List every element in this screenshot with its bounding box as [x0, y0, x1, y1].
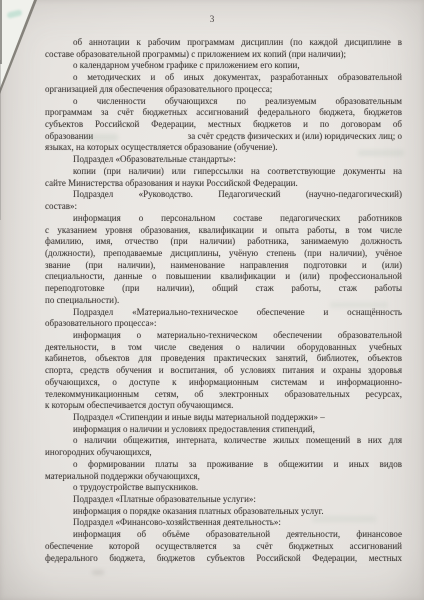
text-line: звание (при наличии), наименование напра…: [45, 260, 402, 272]
text-line: о методических и об иных документах, раз…: [45, 72, 402, 84]
text-line: информация о персональном составе педаго…: [45, 213, 402, 225]
text-line: об аннотации к рабочим программам дисцип…: [45, 37, 402, 49]
text-line: материальной поддержки обучающихся,: [45, 471, 402, 483]
text-line: образованииза счёт средств физических и …: [45, 131, 402, 143]
text-line: переподготовке (при наличии), общий стаж…: [45, 283, 402, 295]
scan-left-edge-fade: [0, 60, 1, 220]
text-line: программам за счёт бюджетных ассигновани…: [45, 107, 402, 119]
text-line: Подраздел «Финансово-хозяйственная деяте…: [45, 517, 402, 529]
text-line: по специальности).: [45, 295, 402, 307]
text-line: субъектов Российской Федерации, местных …: [45, 119, 402, 131]
text-line: копии (при наличии) или гиперссылки на с…: [45, 166, 402, 178]
pencil-smudge: [92, 570, 104, 575]
text-line: Подраздел «Платные образовательные услуг…: [45, 494, 402, 506]
text-line: о численности обучающихся по реализуемым…: [45, 96, 402, 108]
blank-gap: [93, 131, 188, 143]
text-line: к которым обеспечивается доступ обучающи…: [45, 400, 402, 412]
text-line: фамилию, имя, отчество (при наличии) раб…: [45, 236, 402, 248]
text-line: Подраздел «Образовательные стандарты»:: [45, 154, 402, 166]
text-line: с указанием уровня образования, квалифик…: [45, 225, 402, 237]
text-line: о трудоустройстве выпускников.: [45, 482, 402, 494]
text-line: составе образовательной программы) с при…: [45, 49, 402, 61]
text-line: деятельности, в том числе сведения о нал…: [45, 342, 402, 354]
text-line: телекоммуникационным сетям, об электронн…: [45, 389, 402, 401]
text-line: специальности, данные о повышении квалиф…: [45, 271, 402, 283]
text-line: иногородних обучающихся,: [45, 447, 402, 459]
text-line: Подраздел «Руководство. Педагогический (…: [45, 189, 402, 201]
text-line: информация о порядке оказания платных об…: [45, 506, 402, 518]
scan-left-edge: [0, 0, 2, 64]
text-line: информация о материально-техническом обе…: [45, 330, 402, 342]
text-line: обучающихся, о доступе к информационным …: [45, 377, 402, 389]
text-line: федерального бюджета, бюджетов субъектов…: [45, 553, 402, 565]
text-line: (должности), преподаваемые дисциплины, у…: [45, 248, 402, 260]
text-line: организацией для обеспечения образовател…: [45, 84, 402, 96]
text-line: о наличии общежития, интерната, количест…: [45, 435, 402, 447]
text-line: о формировании платы за проживание в общ…: [45, 459, 402, 471]
text-line: спорта, средств обучения и воспитания, о…: [45, 365, 402, 377]
text-line: о календарном учебном графике с приложен…: [45, 60, 402, 72]
text-line: Подраздел «Стипендии и иные виды материа…: [45, 412, 402, 424]
text-line: информация об объёме образовательной дея…: [45, 529, 402, 541]
text-line: сайте Министерства образования и науки Р…: [45, 178, 402, 190]
text-line: языках, на которых осуществляется образо…: [45, 142, 402, 154]
text-line: Подраздел «Материально-техническое обесп…: [45, 307, 402, 319]
text-line: образовательного процесса»:: [45, 318, 402, 330]
text-line: состав»:: [45, 201, 402, 213]
text-line: кабинетов, объектов для проведения практ…: [45, 353, 402, 365]
text-segment: образовании: [45, 131, 93, 143]
text-line: обеспечение которой осуществляется за сч…: [45, 541, 402, 553]
document-page: 3 об аннотации к рабочим программам дисц…: [0, 0, 424, 600]
text-segment: за счёт средств физических и (или) юриди…: [188, 131, 402, 143]
text-line: информация о наличии и условиях предоста…: [45, 424, 402, 436]
page-number: 3: [0, 15, 424, 25]
text-block: об аннотации к рабочим программам дисцип…: [45, 37, 402, 564]
